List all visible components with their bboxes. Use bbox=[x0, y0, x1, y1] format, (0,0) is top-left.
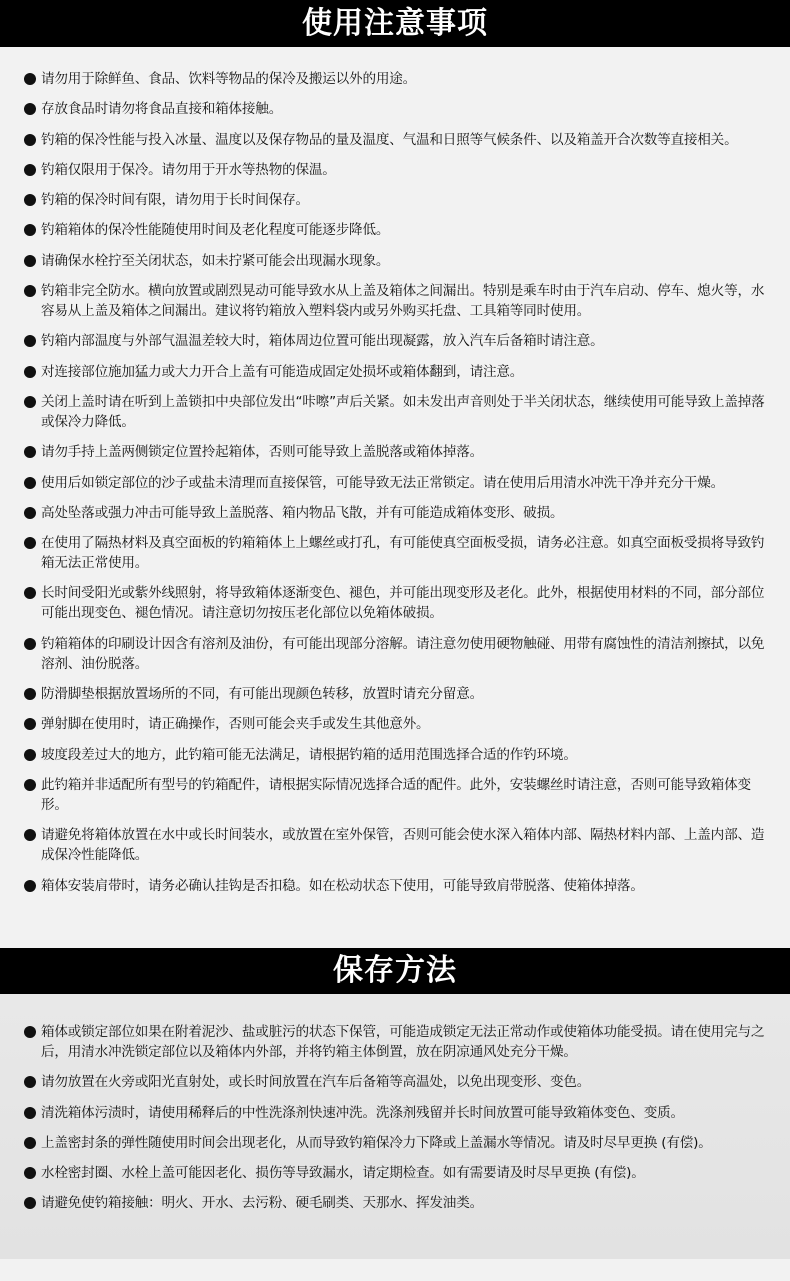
bullet-icon bbox=[24, 1137, 36, 1149]
list-item-text: 弹射脚在使用时，请正确操作，否则可能会夹手或发生其他意外。 bbox=[41, 716, 429, 732]
usage-notes-section: 请勿用于除鲜鱼、食品、饮料等物品的保冷及搬运以外的用途。存放食品时请勿将食品直接… bbox=[0, 47, 790, 948]
storage-methods-list: 箱体或锁定部位如果在附着泥沙、盐或脏污的状态下保管，可能造成锁定无法正常动作或使… bbox=[0, 1022, 790, 1213]
list-item: 在使用了隔热材料及真空面板的钓箱箱体上上螺丝或打孔，有可能使真空面板受损，请务必… bbox=[24, 533, 774, 573]
list-item: 钓箱非完全防水。横向放置或剧烈晃动可能导致水从上盖及箱体之间漏出。特别是乘车时由… bbox=[24, 281, 774, 321]
list-item: 箱体或锁定部位如果在附着泥沙、盐或脏污的状态下保管，可能造成锁定无法正常动作或使… bbox=[24, 1022, 774, 1062]
usage-notes-header: 使用注意事项 bbox=[0, 0, 790, 47]
list-item-text: 使用后如锁定部位的沙子或盐未清理而直接保管，可能导致无法正常锁定。请在使用后用清… bbox=[41, 475, 724, 491]
list-item: 请避免将箱体放置在水中或长时间装水，或放置在室外保管，否则可能会使水深入箱体内部… bbox=[24, 825, 774, 865]
list-item-text: 请避免使钓箱接触：明火、开水、去污粉、硬毛刷类、天那水、挥发油类。 bbox=[41, 1195, 483, 1211]
bullet-icon bbox=[24, 366, 36, 378]
list-item-text: 对连接部位施加猛力或大力开合上盖有可能造成固定处损坏或箱体翻到，请注意。 bbox=[41, 364, 523, 380]
list-item-text: 钓箱箱体的印刷设计因含有溶剂及油份，有可能出现部分溶解。请注意勿使用硬物触碰、用… bbox=[41, 636, 764, 672]
list-item-text: 关闭上盖时请在听到上盖锁扣中央部位发出“咔嚓”声后关紧。如未发出声音则处于半关闭… bbox=[41, 394, 765, 430]
bullet-icon bbox=[24, 829, 36, 841]
bullet-icon bbox=[24, 194, 36, 206]
list-item-text: 钓箱非完全防水。横向放置或剧烈晃动可能导致水从上盖及箱体之间漏出。特别是乘车时由… bbox=[41, 283, 764, 319]
list-item: 弹射脚在使用时，请正确操作，否则可能会夹手或发生其他意外。 bbox=[24, 714, 774, 734]
list-item-text: 箱体安装肩带时，请务必确认挂钩是否扣稳。如在松动状态下使用，可能导致肩带脱落、使… bbox=[41, 878, 644, 894]
list-item: 防滑脚垫根据放置场所的不同，有可能出现颜色转移，放置时请充分留意。 bbox=[24, 684, 774, 704]
list-item: 钓箱箱体的保冷性能随使用时间及老化程度可能逐步降低。 bbox=[24, 220, 774, 240]
list-item-text: 防滑脚垫根据放置场所的不同，有可能出现颜色转移，放置时请充分留意。 bbox=[41, 686, 483, 702]
bullet-icon bbox=[24, 1026, 36, 1038]
list-item: 存放食品时请勿将食品直接和箱体接触。 bbox=[24, 99, 774, 119]
list-item-text: 钓箱仅限用于保冷。请勿用于开水等热物的保温。 bbox=[41, 162, 336, 178]
list-item: 坡度段差过大的地方，此钓箱可能无法满足，请根据钓箱的适用范围选择合适的作钓环境。 bbox=[24, 745, 774, 765]
bullet-icon bbox=[24, 1197, 36, 1209]
bullet-icon bbox=[24, 638, 36, 650]
list-item: 箱体安装肩带时，请务必确认挂钩是否扣稳。如在松动状态下使用，可能导致肩带脱落、使… bbox=[24, 876, 774, 896]
list-item: 请勿手持上盖两侧锁定位置拎起箱体，否则可能导致上盖脱落或箱体掉落。 bbox=[24, 442, 774, 462]
list-item-text: 箱体或锁定部位如果在附着泥沙、盐或脏污的状态下保管，可能造成锁定无法正常动作或使… bbox=[41, 1024, 764, 1060]
bullet-icon bbox=[24, 880, 36, 892]
list-item: 请勿用于除鲜鱼、食品、饮料等物品的保冷及搬运以外的用途。 bbox=[24, 69, 774, 89]
list-item-text: 请确保水栓拧至关闭状态，如未拧紧可能会出现漏水现象。 bbox=[41, 253, 389, 269]
list-item: 清洗箱体污渍时，请使用稀释后的中性洗涤剂快速冲洗。洗涤剂残留并长时间放置可能导致… bbox=[24, 1103, 774, 1123]
list-item: 请确保水栓拧至关闭状态，如未拧紧可能会出现漏水现象。 bbox=[24, 251, 774, 271]
storage-methods-section: 箱体或锁定部位如果在附着泥沙、盐或脏污的状态下保管，可能造成锁定无法正常动作或使… bbox=[0, 994, 790, 1259]
list-item: 钓箱的保冷时间有限，请勿用于长时间保存。 bbox=[24, 190, 774, 210]
bullet-icon bbox=[24, 718, 36, 730]
bullet-icon bbox=[24, 1107, 36, 1119]
list-item-text: 长时间受阳光或紫外线照射，将导致箱体逐渐变色、褪色，并可能出现变形及老化。此外，… bbox=[41, 585, 764, 621]
bullet-icon bbox=[24, 507, 36, 519]
list-item-text: 在使用了隔热材料及真空面板的钓箱箱体上上螺丝或打孔，有可能使真空面板受损，请务必… bbox=[41, 535, 764, 571]
bullet-icon bbox=[24, 255, 36, 267]
bullet-icon bbox=[24, 73, 36, 85]
list-item: 对连接部位施加猛力或大力开合上盖有可能造成固定处损坏或箱体翻到，请注意。 bbox=[24, 362, 774, 382]
list-item: 钓箱仅限用于保冷。请勿用于开水等热物的保温。 bbox=[24, 160, 774, 180]
list-item: 关闭上盖时请在听到上盖锁扣中央部位发出“咔嚓”声后关紧。如未发出声音则处于半关闭… bbox=[24, 392, 774, 432]
list-item-text: 请勿用于除鲜鱼、食品、饮料等物品的保冷及搬运以外的用途。 bbox=[41, 71, 416, 87]
bullet-icon bbox=[24, 749, 36, 761]
bullet-icon bbox=[24, 779, 36, 791]
list-item-text: 请勿放置在火旁或阳光直射处，或长时间放置在汽车后备箱等高温处，以免出现变形、变色… bbox=[41, 1074, 590, 1090]
list-item: 使用后如锁定部位的沙子或盐未清理而直接保管，可能导致无法正常锁定。请在使用后用清… bbox=[24, 473, 774, 493]
bullet-icon bbox=[24, 477, 36, 489]
list-item-text: 钓箱箱体的保冷性能随使用时间及老化程度可能逐步降低。 bbox=[41, 222, 389, 238]
list-item-text: 钓箱内部温度与外部气温温差较大时，箱体周边位置可能出现凝露，放入汽车后备箱时请注… bbox=[41, 333, 604, 349]
list-item-text: 钓箱的保冷时间有限，请勿用于长时间保存。 bbox=[41, 192, 309, 208]
list-item-text: 高处坠落或强力冲击可能导致上盖脱落、箱内物品飞散，并有可能造成箱体变形、破损。 bbox=[41, 505, 563, 521]
bullet-icon bbox=[24, 134, 36, 146]
list-item-text: 上盖密封条的弹性随使用时间会出现老化，从而导致钓箱保冷力下降或上盖漏水等情况。请… bbox=[41, 1135, 712, 1151]
list-item-text: 存放食品时请勿将食品直接和箱体接触。 bbox=[41, 101, 282, 117]
bullet-icon bbox=[24, 335, 36, 347]
usage-notes-list: 请勿用于除鲜鱼、食品、饮料等物品的保冷及搬运以外的用途。存放食品时请勿将食品直接… bbox=[0, 69, 790, 896]
storage-methods-header: 保存方法 bbox=[0, 948, 790, 994]
storage-methods-title: 保存方法 bbox=[333, 953, 457, 988]
list-item: 上盖密封条的弹性随使用时间会出现老化，从而导致钓箱保冷力下降或上盖漏水等情况。请… bbox=[24, 1133, 774, 1153]
list-item: 钓箱内部温度与外部气温温差较大时，箱体周边位置可能出现凝露，放入汽车后备箱时请注… bbox=[24, 331, 774, 351]
list-item-text: 水栓密封圈、水栓上盖可能因老化、损伤等导致漏水，请定期检查。如有需要请及时尽早更… bbox=[41, 1165, 645, 1181]
bullet-icon bbox=[24, 396, 36, 408]
list-item-text: 清洗箱体污渍时，请使用稀释后的中性洗涤剂快速冲洗。洗涤剂残留并长时间放置可能导致… bbox=[41, 1105, 684, 1121]
bullet-icon bbox=[24, 1167, 36, 1179]
list-item-text: 坡度段差过大的地方，此钓箱可能无法满足，请根据钓箱的适用范围选择合适的作钓环境。 bbox=[41, 747, 577, 763]
list-item: 长时间受阳光或紫外线照射，将导致箱体逐渐变色、褪色，并可能出现变形及老化。此外，… bbox=[24, 583, 774, 623]
bullet-icon bbox=[24, 103, 36, 115]
list-item: 请避免使钓箱接触：明火、开水、去污粉、硬毛刷类、天那水、挥发油类。 bbox=[24, 1193, 774, 1213]
list-item: 高处坠落或强力冲击可能导致上盖脱落、箱内物品飞散，并有可能造成箱体变形、破损。 bbox=[24, 503, 774, 523]
usage-notes-title: 使用注意事项 bbox=[302, 6, 488, 41]
list-item: 水栓密封圈、水栓上盖可能因老化、损伤等导致漏水，请定期检查。如有需要请及时尽早更… bbox=[24, 1163, 774, 1183]
bullet-icon bbox=[24, 285, 36, 297]
list-item: 请勿放置在火旁或阳光直射处，或长时间放置在汽车后备箱等高温处，以免出现变形、变色… bbox=[24, 1072, 774, 1092]
bullet-icon bbox=[24, 1076, 36, 1088]
bullet-icon bbox=[24, 537, 36, 549]
bullet-icon bbox=[24, 164, 36, 176]
bullet-icon bbox=[24, 224, 36, 236]
list-item: 此钓箱并非适配所有型号的钓箱配件，请根据实际情况选择合适的配件。此外，安装螺丝时… bbox=[24, 775, 774, 815]
list-item-text: 请避免将箱体放置在水中或长时间装水，或放置在室外保管，否则可能会使水深入箱体内部… bbox=[41, 827, 764, 863]
bullet-icon bbox=[24, 688, 36, 700]
list-item: 钓箱的保冷性能与投入冰量、温度以及保存物品的量及温度、气温和日照等气候条件、以及… bbox=[24, 130, 774, 150]
list-item-text: 钓箱的保冷性能与投入冰量、温度以及保存物品的量及温度、气温和日照等气候条件、以及… bbox=[41, 132, 737, 148]
list-item-text: 请勿手持上盖两侧锁定位置拎起箱体，否则可能导致上盖脱落或箱体掉落。 bbox=[41, 444, 483, 460]
list-item: 钓箱箱体的印刷设计因含有溶剂及油份，有可能出现部分溶解。请注意勿使用硬物触碰、用… bbox=[24, 634, 774, 674]
bullet-icon bbox=[24, 446, 36, 458]
bullet-icon bbox=[24, 587, 36, 599]
list-item-text: 此钓箱并非适配所有型号的钓箱配件，请根据实际情况选择合适的配件。此外，安装螺丝时… bbox=[41, 777, 751, 813]
